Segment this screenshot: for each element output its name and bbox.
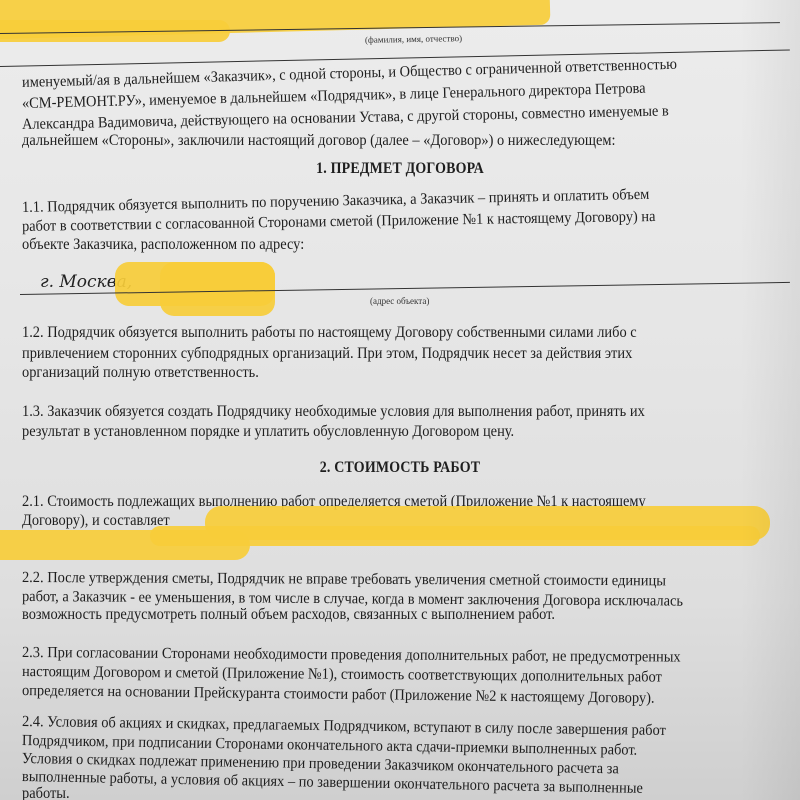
name-field-caption: (фамилия, имя, отчество) xyxy=(365,33,462,45)
p1-2-line-1: 1.2. Подрядчик обязуется выполнить работ… xyxy=(22,324,637,342)
p2-1-line-2: Договору), и составляет xyxy=(22,512,170,530)
p2-2-line-3: возможность предусмотреть полный объем р… xyxy=(22,606,555,624)
redacted-price-3 xyxy=(150,526,760,546)
p1-1-line-3: объекте Заказчика, расположенном по адре… xyxy=(22,236,304,254)
page-edge-shadow xyxy=(740,0,800,800)
p1-2-line-2: привлечением сторонних субподрядных орга… xyxy=(22,345,632,363)
p1-2-line-3: организаций полную ответственность. xyxy=(22,364,259,382)
p1-3-line-2: результат в установленном порядке и упла… xyxy=(22,423,514,441)
intro-line-4: дальнейшем «Стороны», заключили настоящи… xyxy=(22,132,615,150)
contract-page: (фамилия, имя, отчество) именуемый/ая в … xyxy=(0,0,800,800)
p1-3-line-1: 1.3. Заказчик обязуется создать Подрядчи… xyxy=(22,403,645,421)
p2-4-line-5: работы. xyxy=(22,785,70,800)
redacted-address-2 xyxy=(160,262,275,316)
address-caption: (адрес объекта) xyxy=(370,296,429,306)
p2-2-line-1: 2.2. После утверждения сметы, Подрядчик … xyxy=(22,569,666,590)
section-1-heading: 1. ПРЕДМЕТ ДОГОВОРА xyxy=(40,160,760,178)
section-2-heading: 2. СТОИМОСТЬ РАБОТ xyxy=(40,459,760,477)
p2-3-line-3: определяется на основании Прейскуранта с… xyxy=(22,682,655,708)
